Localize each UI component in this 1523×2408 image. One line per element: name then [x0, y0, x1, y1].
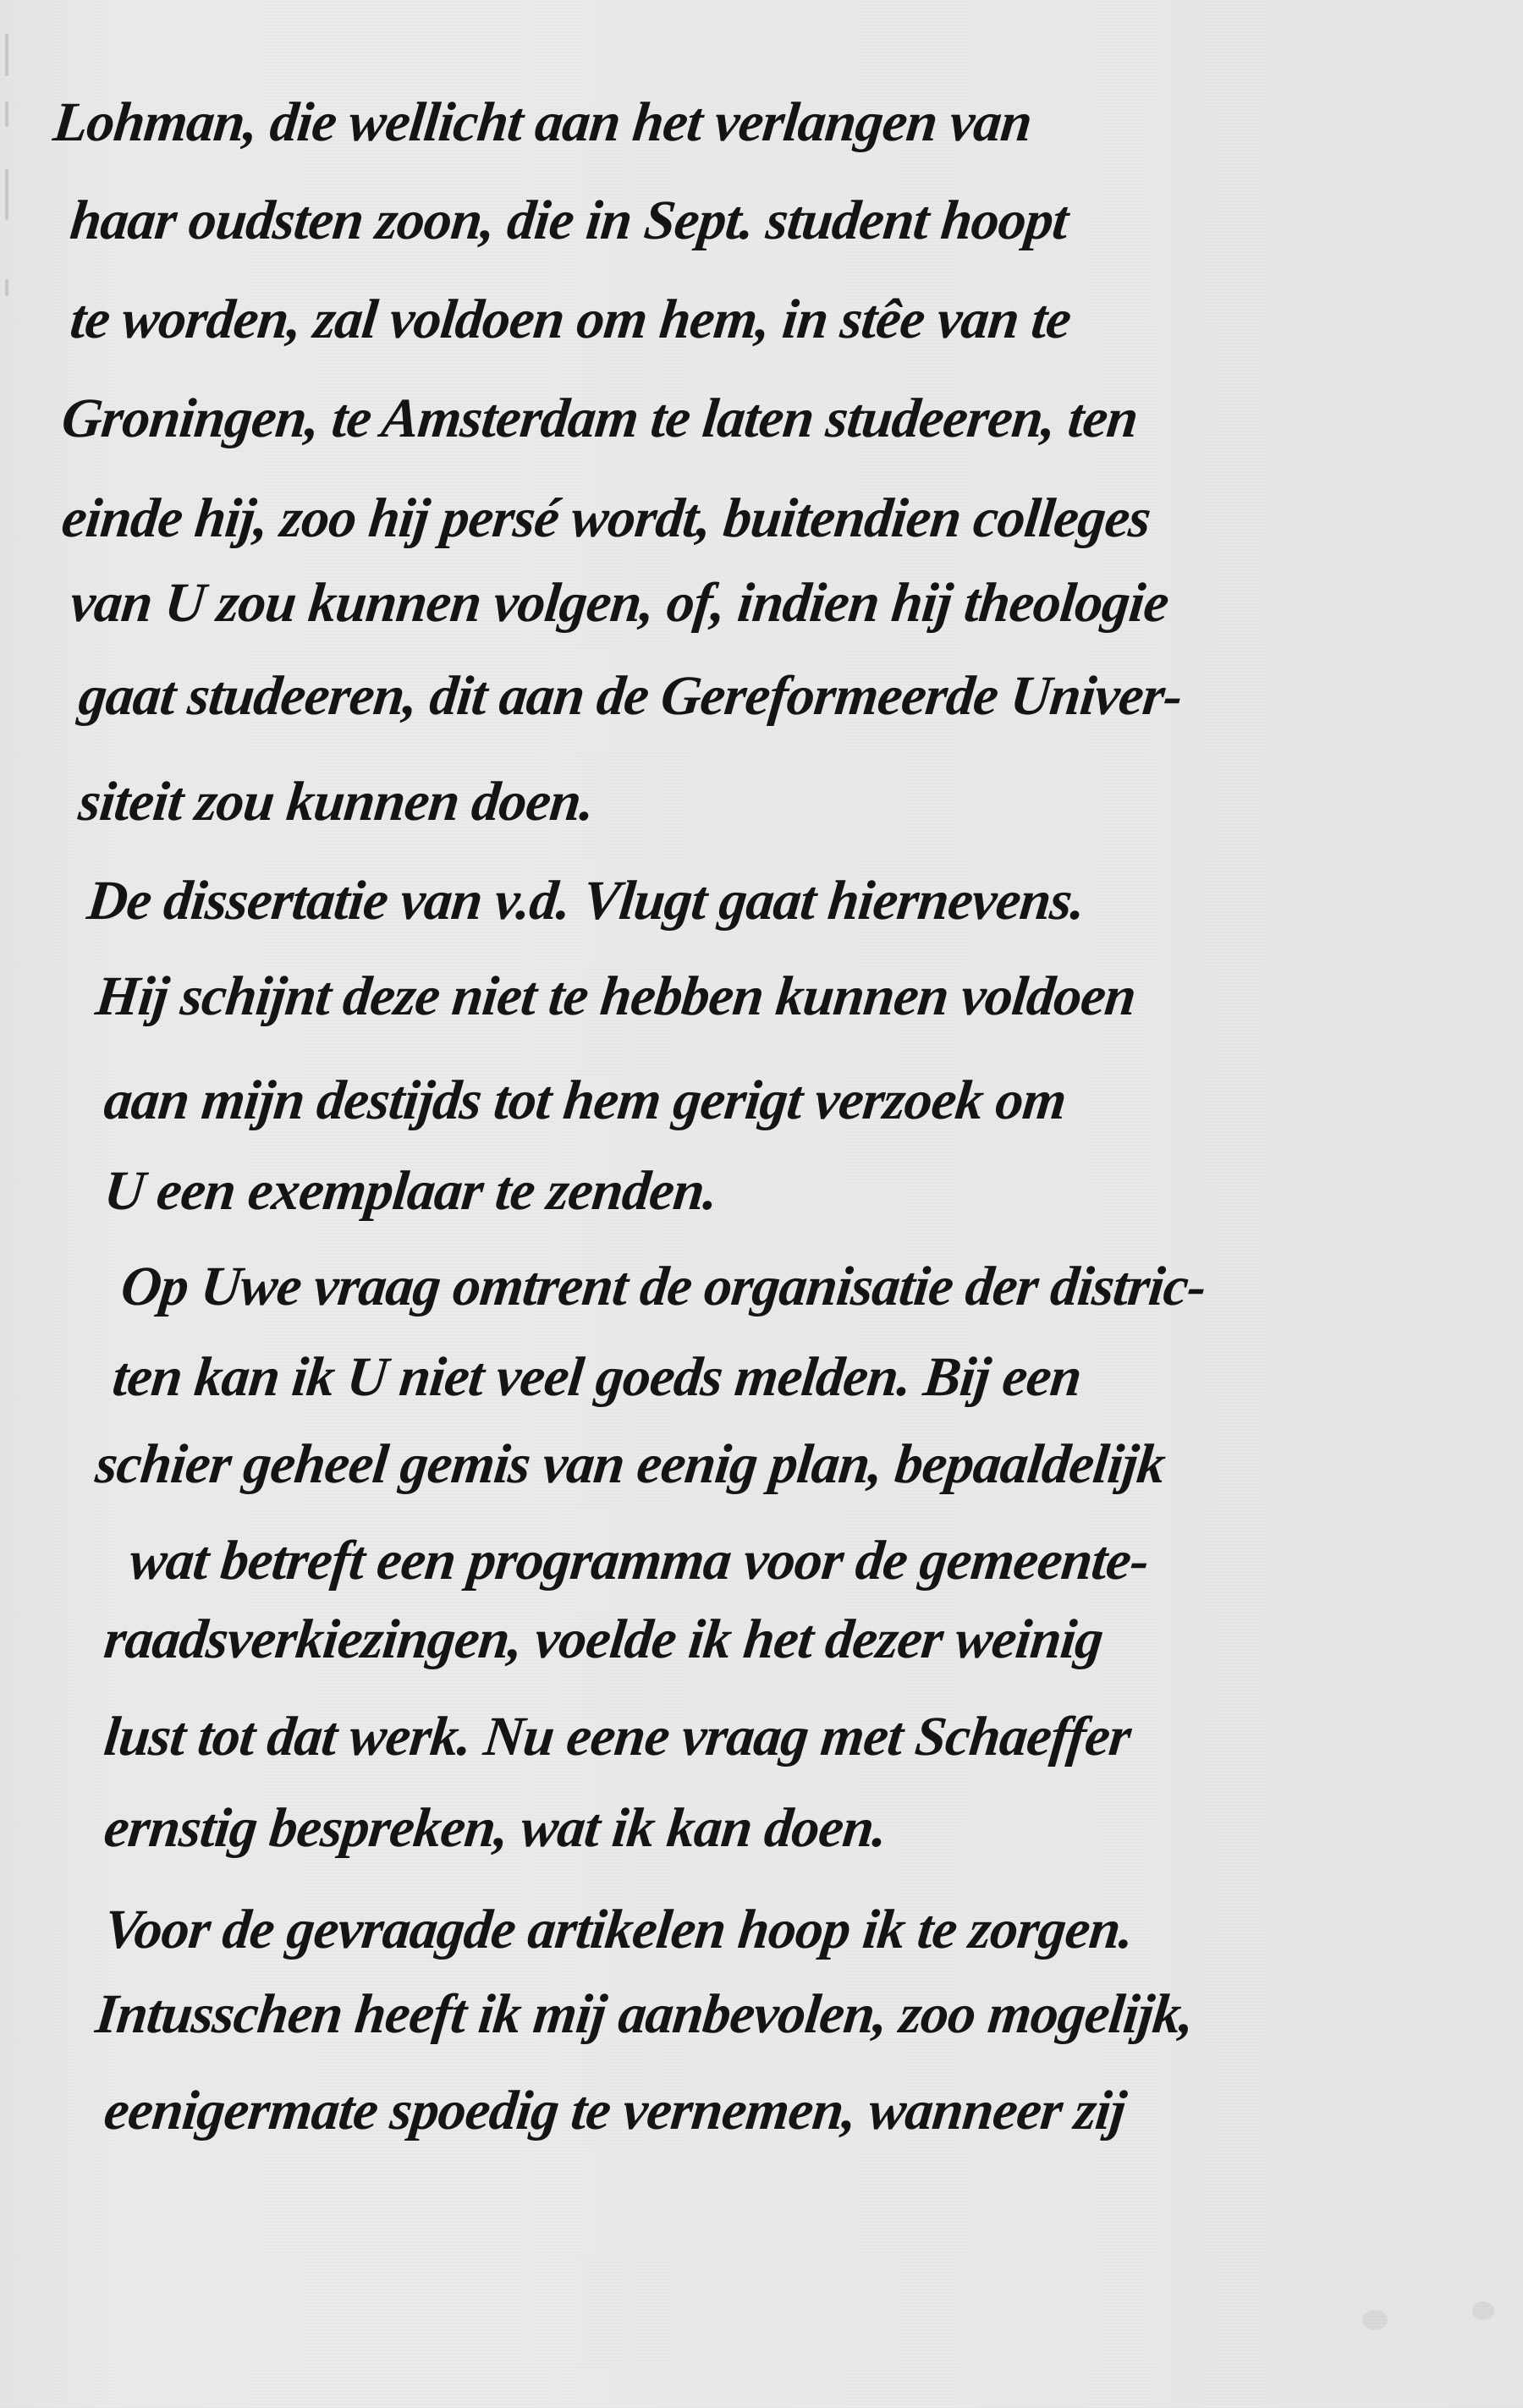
paper-stain: [1362, 2310, 1388, 2330]
text-line: wat betreft een programma voor de gemeen…: [127, 1533, 1151, 1589]
text-line: Groningen, te Amsterdam te laten studeer…: [59, 391, 1141, 447]
text-line: einde hij, zoo hij persé wordt, buitendi…: [59, 491, 1152, 547]
margin-mark: [5, 169, 8, 220]
text-line: van U zou kunnen volgen, of, indien hij …: [68, 575, 1171, 631]
text-line: siteit zou kunnen doen.: [76, 774, 597, 830]
text-line: U een exemplaar te zenden.: [102, 1163, 720, 1219]
text-line: De dissertatie van v.d. Vlugt gaat hiern…: [85, 873, 1087, 929]
text-line: aan mijn destijds tot hem gerigt verzoek…: [102, 1073, 1069, 1129]
margin-mark: [5, 279, 8, 296]
text-line: eenigermate spoedig te vernemen, wanneer…: [102, 2083, 1128, 2139]
text-line: Intusschen heeft ik mij aanbevolen, zoo …: [93, 1987, 1196, 2042]
text-line: Voor de gevraagde artikelen hoop ik te z…: [102, 1902, 1135, 1958]
text-line: haar oudsten zoon, die in Sept. student …: [68, 193, 1070, 249]
text-line: schier geheel gemis van eenig plan, bepa…: [93, 1437, 1168, 1493]
text-line: ten kan ik U niet veel goeds melden. Bij…: [110, 1350, 1084, 1405]
text-line: Lohman, die wellicht aan het verlangen v…: [51, 95, 1034, 151]
text-line: ernstig bespreken, wat ik kan doen.: [102, 1801, 889, 1856]
margin-mark: [5, 102, 8, 127]
paper-stain: [1472, 2301, 1494, 2320]
text-line: te worden, zal voldoen om hem, in stêe v…: [68, 292, 1073, 348]
text-line: raadsverkiezingen, voelde ik het dezer w…: [102, 1612, 1105, 1668]
text-line: lust tot dat werk. Nu eene vraag met Sch…: [102, 1709, 1133, 1765]
text-line: Op Uwe vraag omtrent de organisatie der …: [118, 1259, 1208, 1315]
margin-mark: [5, 34, 8, 76]
text-line: gaat studeeren, dit aan de Gereformeerde…: [76, 668, 1185, 724]
text-line: Hij schijnt deze niet te hebben kunnen v…: [93, 969, 1138, 1025]
